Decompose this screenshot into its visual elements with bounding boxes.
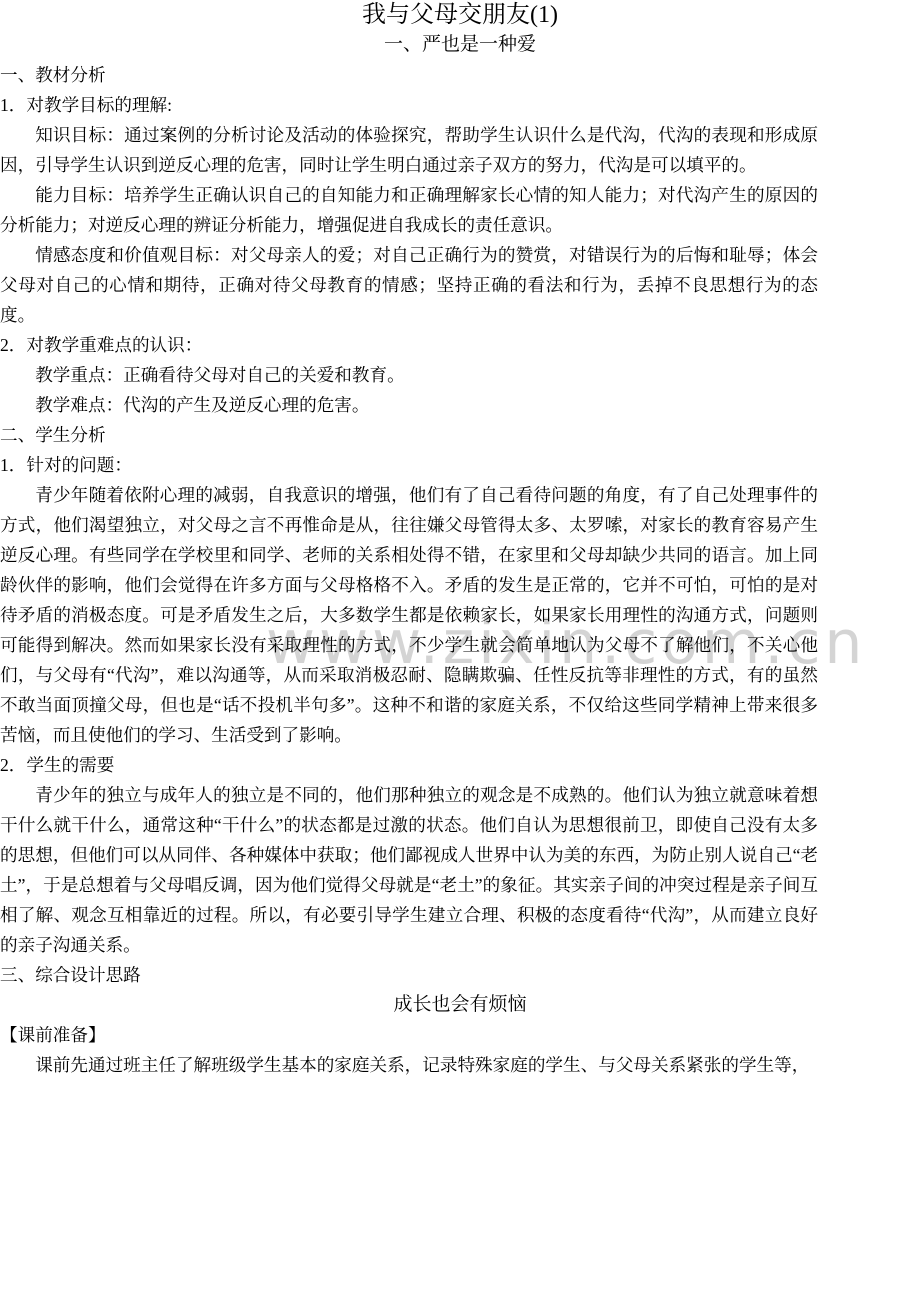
document-subtitle: 一、严也是一种爱 [0, 30, 920, 60]
paragraph-prep: 课前先通过班主任了解班级学生基本的家庭关系，记录特殊家庭的学生、与父母关系紧张的… [0, 1050, 818, 1080]
paragraph-student-problem: 青少年随着依附心理的减弱，自我意识的增强，他们有了自己看待问题的角度，有了自己处… [0, 480, 818, 750]
lesson-title-heading: 成长也会有烦恼 [0, 990, 920, 1020]
section2-heading: 二、学生分析 [0, 420, 818, 450]
prep-label: 【课前准备】 [0, 1020, 818, 1050]
paragraph-teaching-key-point: 教学重点：正确看待父母对自己的关爱和教育。 [0, 360, 818, 390]
section3-heading: 三、综合设计思路 [0, 960, 818, 990]
document-content: 我与父母交朋友(1) 一、严也是一种爱 一、教材分析 1．对教学目标的理解: 知… [0, 0, 920, 1080]
paragraph-emotion-goal: 情感态度和价值观目标：对父母亲人的爱；对自己正确行为的赞赏，对错误行为的后悔和耻… [0, 240, 818, 330]
paragraph-ability-goal: 能力目标：培养学生正确认识自己的自知能力和正确理解家长心情的知人能力；对代沟产生… [0, 180, 818, 240]
paragraph-knowledge-goal: 知识目标：通过案例的分析讨论及活动的体验探究，帮助学生认识什么是代沟，代沟的表现… [0, 120, 818, 180]
paragraph-teaching-difficult-point: 教学难点：代沟的产生及逆反心理的危害。 [0, 390, 818, 420]
document-page: www.zixin.com.cn 我与父母交朋友(1) 一、严也是一种爱 一、教… [0, 0, 920, 1302]
section1-sub2-heading: 2．对教学重难点的认识： [0, 330, 818, 360]
section1-sub1-heading: 1．对教学目标的理解: [0, 90, 818, 120]
section1-heading: 一、教材分析 [0, 60, 818, 90]
document-title: 我与父母交朋友(1) [0, 0, 920, 30]
section2-sub2-heading: 2．学生的需要 [0, 750, 818, 780]
section2-sub1-heading: 1．针对的问题： [0, 450, 818, 480]
paragraph-student-need: 青少年的独立与成年人的独立是不同的，他们那种独立的观念是不成熟的。他们认为独立就… [0, 780, 818, 960]
